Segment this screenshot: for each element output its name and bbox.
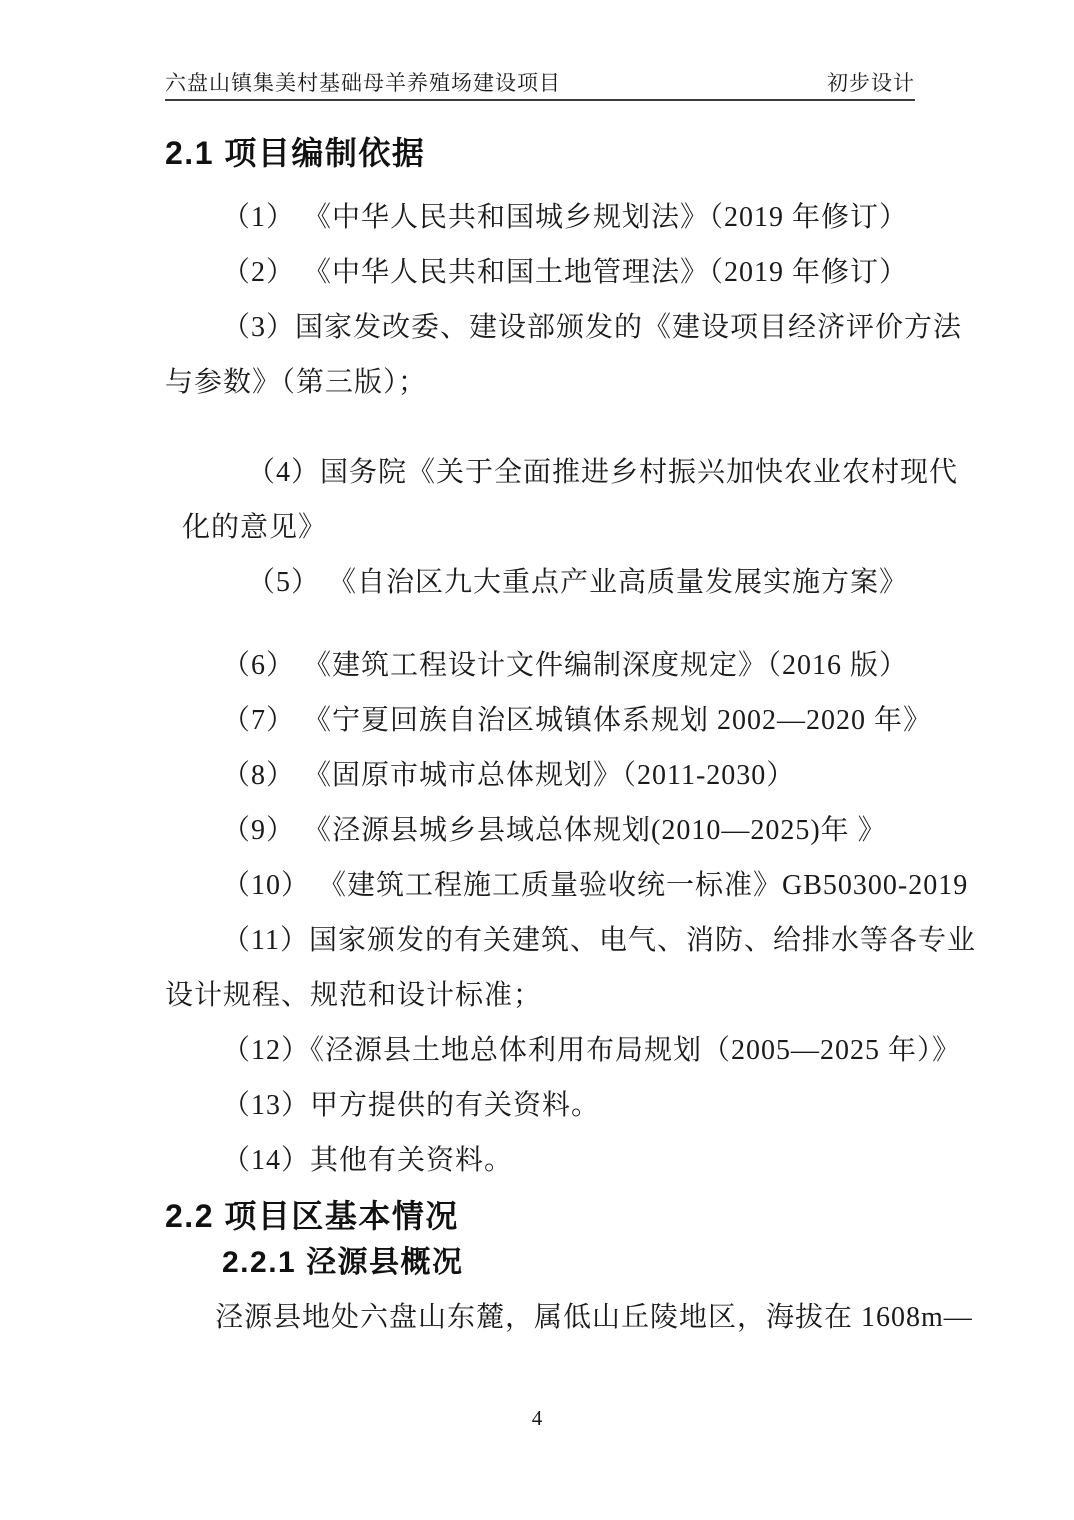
page-number: 4 xyxy=(0,1402,1074,1434)
list-item-5: （5） 《自治区九大重点产业高质量发展实施方案》 xyxy=(165,555,934,610)
list-item-10: （10） 《建筑工程施工质量验收统一标准》GB50300-2019 xyxy=(165,858,934,913)
list-item-4: （4）国务院《关于全面推进乡村振兴加快农业农村现代 xyxy=(165,445,934,500)
header-doc-type: 初步设计 xyxy=(827,70,915,96)
list-item-13: （13）甲方提供的有关资料。 xyxy=(165,1078,934,1133)
list-item-8: （8） 《固原市城市总体规划》（2011-2030） xyxy=(165,748,934,803)
list-item-11: （11）国家颁发的有关建筑、电气、消防、给排水等各专业 xyxy=(165,913,934,968)
section-heading-2-1: 2.1 项目编制依据 xyxy=(165,133,915,173)
body-paragraph-first-line: 泾源县地处六盘山东麓，属低山丘陵地区，海拔在 1608m— xyxy=(165,1290,934,1345)
blank-line xyxy=(165,410,934,445)
list-item-4-continued: 化的意见》 xyxy=(165,500,934,555)
document-page: 六盘山镇集美村基础母羊养殖场建设项目 初步设计 2.1 项目编制依据 （1） 《… xyxy=(0,0,1074,1520)
reference-list: （1） 《中华人民共和国城乡规划法》（2019 年修订） （2） 《中华人民共和… xyxy=(165,190,934,1188)
list-item-2: （2） 《中华人民共和国土地管理法》（2019 年修订） xyxy=(165,245,934,300)
list-item-3-continued: 与参数》（第三版）； xyxy=(165,355,934,410)
list-item-7: （7） 《宁夏回族自治区城镇体系规划 2002—2020 年》 xyxy=(165,693,934,748)
subsection-heading-2-2-1: 2.2.1 泾源县概况 xyxy=(165,1244,915,1282)
page-header: 六盘山镇集美村基础母羊养殖场建设项目 初步设计 xyxy=(165,0,915,101)
blank-line xyxy=(165,610,934,638)
list-item-11-continued: 设计规程、规范和设计标准； xyxy=(165,968,934,1023)
list-item-14: （14）其他有关资料。 xyxy=(165,1133,934,1188)
header-project-title: 六盘山镇集美村基础母羊养殖场建设项目 xyxy=(165,70,561,96)
section-heading-2-2: 2.2 项目区基本情况 xyxy=(165,1196,915,1236)
list-item-12: （12）《泾源县土地总体利用布局规划（2005—2025 年）》 xyxy=(165,1023,934,1078)
list-item-1: （1） 《中华人民共和国城乡规划法》（2019 年修订） xyxy=(165,190,934,245)
list-item-9: （9） 《泾源县城乡县域总体规划(2010—2025)年 》 xyxy=(165,803,934,858)
list-item-3: （3）国家发改委、建设部颁发的《建设项目经济评价方法 xyxy=(165,300,934,355)
list-item-6: （6） 《建筑工程设计文件编制深度规定》（2016 版） xyxy=(165,638,934,693)
